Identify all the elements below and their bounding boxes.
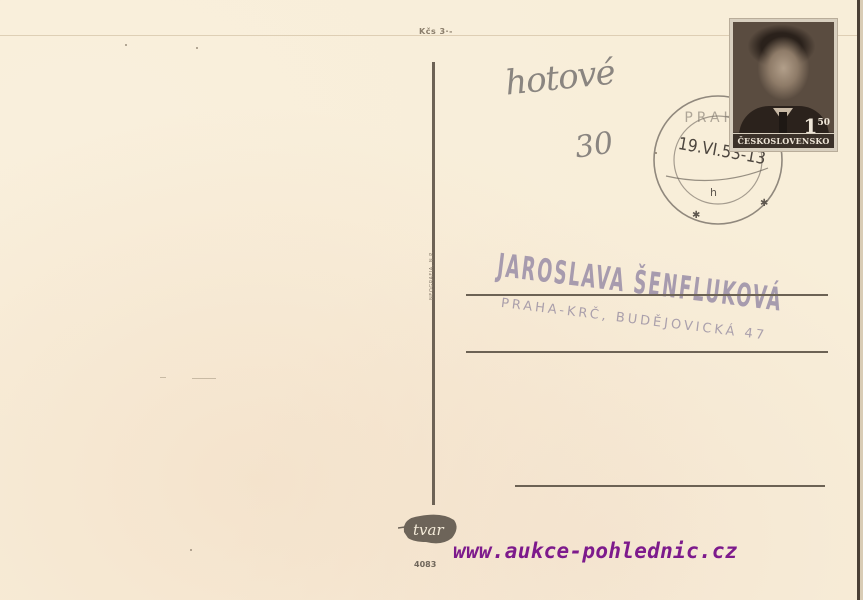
catalog-number: 4083 [414,560,436,569]
address-line-1 [466,294,828,296]
paper-speck [125,44,127,46]
website-watermark: www.aukce-pohlednic.cz [453,539,738,563]
paper-speck [196,47,198,49]
svg-text:✱: ✱ [692,210,700,221]
svg-text:tvar: tvar [413,521,444,539]
handwritten-number: 30 [573,126,616,166]
paper-speck [655,152,657,154]
handwritten-note: hotové [503,52,616,103]
address-line-2 [466,351,828,353]
paper-speck [190,549,192,551]
tvar-publisher-logo: tvar [398,512,460,546]
stamp-country: ČESKOSLOVENSKO [733,133,834,148]
price-mark: Kčs 3·- [419,27,453,36]
svg-text:✱: ✱ [760,198,768,209]
paper-mark [192,378,216,379]
postmark-letter: h [710,186,717,199]
paper-mark [160,377,166,378]
address-line-3 [515,485,825,487]
postcard-back: Kčs 3·- NEOGRAFIA, N.P. hotové 30 PRAHA … [0,0,863,600]
postage-stamp: 150 ČESKOSLOVENSKO [729,18,838,152]
printer-imprint: NEOGRAFIA, N.P. [429,251,435,300]
